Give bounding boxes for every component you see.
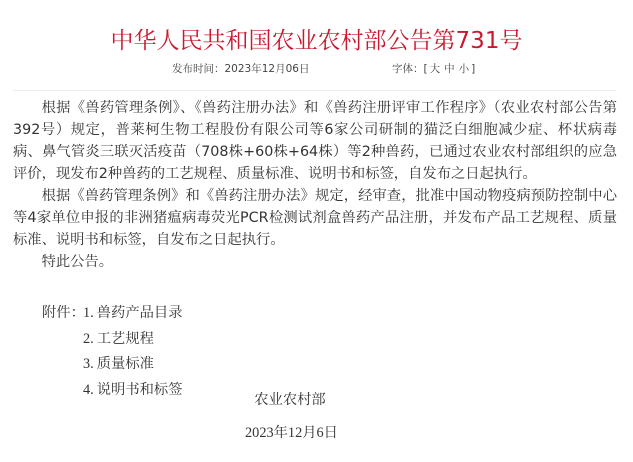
font-size-selector: 字体：[大中小]	[392, 61, 475, 77]
meta-bar: 发布时间：2023年12月06日 字体：[大中小]	[0, 61, 633, 77]
attachment-index: 1.	[83, 301, 94, 327]
publish-date: 发布时间：2023年12月06日	[172, 61, 309, 77]
attachments-label: 附件：	[42, 301, 83, 327]
attachment-index: 2.	[83, 327, 94, 353]
paragraph-1: 根据《兽药管理条例》、《兽药注册办法》和《兽药注册评审工作程序》（农业农村部公告…	[13, 97, 617, 185]
font-size-label: 字体：	[392, 63, 424, 75]
attachment-link[interactable]: 工艺规程	[97, 327, 154, 353]
attachment-index: 3.	[83, 352, 94, 378]
attachment-item[interactable]: 3. 质量标准	[42, 352, 183, 378]
attachment-item[interactable]: 2. 工艺规程	[42, 327, 183, 353]
paragraph-2: 根据《兽药管理条例》和《兽药注册办法》规定，经审查，批准中国动物疫病预防控制中心…	[13, 185, 617, 251]
attachment-item[interactable]: 附件： 1. 兽药产品目录	[42, 301, 183, 327]
article-body: 根据《兽药管理条例》、《兽药注册办法》和《兽药注册评审工作程序》（农业农村部公告…	[13, 97, 617, 273]
issuer-signature: 农业农村部	[0, 389, 580, 411]
font-size-medium-link[interactable]: 中	[444, 63, 455, 75]
paragraph-closing: 特此公告。	[13, 251, 617, 273]
font-size-small-link[interactable]: 小	[459, 63, 470, 75]
attachment-link[interactable]: 质量标准	[97, 352, 154, 378]
page-title: 中华人民共和国农业农村部公告第731号	[0, 26, 633, 56]
header-divider	[13, 90, 616, 91]
attachment-link[interactable]: 兽药产品目录	[97, 301, 183, 327]
font-size-large-link[interactable]: 大	[430, 63, 441, 75]
font-size-bracket-close: ]	[471, 63, 475, 75]
font-size-bracket-open: [	[424, 63, 428, 75]
signature-date: 2023年12月6日	[0, 422, 583, 444]
